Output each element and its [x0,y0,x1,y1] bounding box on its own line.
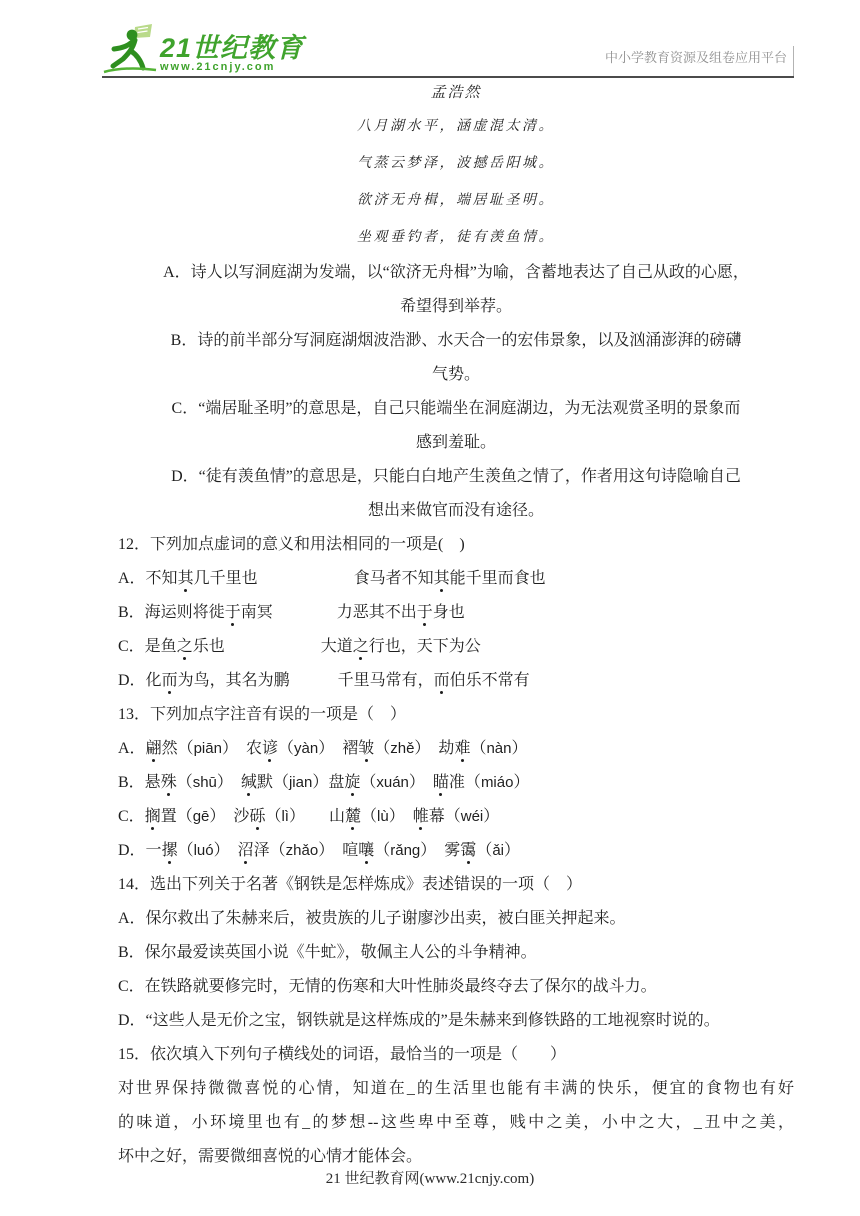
text-segment: 置（ [161,808,193,825]
text-segment: C．是鱼 [118,638,177,655]
q11-option-c-line1: C．“端居耻圣明”的意思是，自己只能端坐在洞庭湖边，为无法观赏圣明的景象而 [118,392,794,426]
text-segment: C． [118,808,145,825]
text-segment: （ [278,740,294,757]
text-segment: ） 农 [222,740,262,757]
text-segment: ） [389,808,413,825]
footer-credit: 21 世纪教育网(www.21cnjy.com) [0,1167,860,1188]
text-segment: 几千里也 [194,570,258,587]
q12-option-c: C．是鱼之乐也 大道之行也，天下为公 [118,630,794,664]
text-segment: （ [177,774,193,791]
emphasized-char: 皱 [358,740,374,757]
text-segment: 准（ [449,774,481,791]
pinyin-text: lì [281,808,289,825]
text-segment: ） 雾 [420,842,460,859]
emphasized-char: 其 [178,570,194,587]
text-segment: （ [178,842,194,859]
text-segment: （ [374,842,390,859]
q13-option-d: D．一摞（luó） 沼泽（zhǎo） 喧嚷（rǎng） 雾霭（ǎi） [118,834,794,868]
poem-line-4: 坐观垂钓者，徒有羡鱼情。 [118,219,794,256]
emphasized-char: 麓 [345,808,361,825]
emphasized-char: 难 [454,740,470,757]
text-segment: ）盘 [312,774,344,791]
text-segment: 伯乐不常有 [450,672,530,689]
text-segment: 能千里而食也 [450,570,546,587]
brand-name: 21世纪教育 [160,35,304,61]
emphasized-char: 旋 [344,774,360,791]
pinyin-text: zhě [390,740,414,757]
q15-stem: 15．依次填入下列句子横线处的词语，最恰当的一项是（ ） [118,1038,794,1072]
pinyin-text: jian [289,774,312,791]
emphasized-char: 沼 [238,842,254,859]
pinyin-text: lù [377,808,389,825]
text-segment: ） 喧 [318,842,358,859]
runner-icon [102,24,158,74]
emphasized-char: 殊 [161,774,177,791]
q12-option-b: B．海运则将徙于南冥 力恶其不出于身也 [118,596,794,630]
text-segment [290,672,338,689]
question-12: 12．下列加点虚词的意义和用法相同的一项是( ) A．不知其几千里也 食马者不知… [118,528,794,698]
emphasized-char: 谚 [262,740,278,757]
text-segment: ） 劫 [414,740,454,757]
text-segment: ） 山 [289,808,345,825]
emphasized-char: 霭 [460,842,476,859]
text-segment: （ [374,740,390,757]
emphasized-char: 之 [177,638,193,655]
emphasized-char: 而 [434,672,450,689]
emphasized-char: 于 [225,604,241,621]
emphasized-char: 翩 [146,740,162,757]
question-14: 14．选出下列关于名著《钢铁是怎样炼成》表述错误的一项（ ） A．保尔救出了朱赫… [118,868,794,1038]
emphasized-char: 砾 [249,808,265,825]
text-segment: （ [360,774,376,791]
q12-option-a: A．不知其几千里也 食马者不知其能千里而食也 [118,562,794,596]
text-segment: ） [512,740,528,757]
text-segment: 行也，天下为公 [369,638,481,655]
pinyin-text: xuán [376,774,409,791]
text-segment: 幕（ [429,808,461,825]
q15-passage-line1: 对世界保持微微喜悦的心情，知道在_的生活里也能有丰满的快乐，便宜的食物也有好 [118,1072,794,1106]
pinyin-text: yàn [294,740,318,757]
text-segment: 默（ [257,774,289,791]
text-segment: 为鸟，其名为鹏 [178,672,290,689]
question-11-options: A．诗人以写洞庭湖为发端，以“欲济无舟楫”为喻，含蓄地表达了自己从政的心愿， 希… [118,256,794,528]
page-header: 21世纪教育 www.21cnjy.com 中小学教育资源及组卷应用平台 [102,0,794,78]
text-segment: ） 沙 [209,808,249,825]
q11-option-b-line1: B．诗的前半部分写洞庭湖烟波浩渺、水天合一的宏伟景象，以及汹涌澎湃的磅礴 [118,324,794,358]
text-segment [273,604,337,621]
pinyin-text: miáo [481,774,514,791]
text-segment: 千里马常有， [338,672,434,689]
poem-author: 孟浩然 [118,78,794,108]
text-segment: （ [476,842,492,859]
poem-line-1: 八月湖水平，涵虚混太清。 [118,108,794,145]
emphasized-char: 而 [162,672,178,689]
q14-option-d: D．“这些人是无价之宝，钢铁就是这样炼成的”是朱赫来到修铁路的工地视察时说的。 [118,1004,794,1038]
q11-option-a-line1: A．诗人以写洞庭湖为发端，以“欲济无舟楫”为喻，含蓄地表达了自己从政的心愿， [118,256,794,290]
q14-option-b: B．保尔最爱读英国小说《牛虻》，敬佩主人公的斗争精神。 [118,936,794,970]
text-segment: A． [118,740,146,757]
text-segment: 然（ [162,740,194,757]
question-15: 15．依次填入下列句子横线处的词语，最恰当的一项是（ ） 对世界保持微微喜悦的心… [118,1038,794,1174]
question-13: 13．下列加点字注音有误的一项是（ ） A．翩然（piān） 农谚（yàn） 褶… [118,698,794,868]
text-segment: ） [409,774,433,791]
emphasized-char: 于 [417,604,433,621]
poem-line-3: 欲济无舟楫，端居耻圣明。 [118,182,794,219]
q11-option-b-line2: 气势。 [118,358,794,392]
pinyin-text: luó [194,842,214,859]
q11-option-c-line2: 感到羞耻。 [118,426,794,460]
text-segment: ） 褶 [318,740,358,757]
emphasized-char: 其 [434,570,450,587]
text-segment: 南冥 [241,604,273,621]
q11-option-d-line1: D．“徒有羡鱼情”的意思是，只能白白地产生羡鱼之情了，作者用这句诗隐喻自己 [118,460,794,494]
pinyin-text: piān [194,740,222,757]
emphasized-char: 嚷 [358,842,374,859]
q12-option-d: D．化而为鸟，其名为鹏 千里马常有，而伯乐不常有 [118,664,794,698]
text-segment: 泽（ [254,842,286,859]
emphasized-char: 搁 [145,808,161,825]
q15-passage-line2: 的味道，小环境里也有_的梦想--这些卑中至尊，贱中之美，小中之大，_丑中之美， [118,1106,794,1140]
emphasized-char: 缄 [241,774,257,791]
emphasized-char: 帷 [413,808,429,825]
exam-content: 孟浩然 八月湖水平，涵虚混太清。 气蒸云梦泽，波撼岳阳城。 欲济无舟楫，端居耻圣… [118,78,794,1174]
text-segment: ） [504,842,520,859]
q14-option-a: A．保尔救出了朱赫来后，被贵族的儿子谢廖沙出卖，被白匪关押起来。 [118,902,794,936]
brand-logo: 21世纪教育 www.21cnjy.com [102,24,304,76]
q13-option-b: B．悬殊（shū） 缄默（jian）盘旋（xuán） 瞄准（miáo） [118,766,794,800]
text-segment: B．悬 [118,774,161,791]
text-segment: 食马者不知 [354,570,434,587]
text-segment: A．不知 [118,570,178,587]
q11-option-d-line2: 想出来做官而没有途径。 [118,494,794,528]
q11-option-a-line2: 希望得到举荐。 [118,290,794,324]
pinyin-text: nàn [486,740,511,757]
q13-option-a: A．翩然（piān） 农谚（yàn） 褶皱（zhě） 劫难（nàn） [118,732,794,766]
text-segment: （ [470,740,486,757]
pinyin-text: rǎng [390,842,420,859]
text-segment: B．海运则将徙 [118,604,225,621]
pinyin-text: ǎi [492,842,504,859]
text-segment: 大道 [321,638,353,655]
text-segment: D．一 [118,842,162,859]
text-segment: （ [265,808,281,825]
text-segment: ） [513,774,529,791]
emphasized-char: 瞄 [433,774,449,791]
pinyin-text: wéi [461,808,484,825]
text-segment [225,638,321,655]
q13-stem: 13．下列加点字注音有误的一项是（ ） [118,698,794,732]
text-segment: （ [361,808,377,825]
emphasized-char: 摞 [162,842,178,859]
text-segment: ） [483,808,499,825]
text-segment: 乐也 [193,638,225,655]
poem-line-2: 气蒸云梦泽，波撼岳阳城。 [118,145,794,182]
text-segment [258,570,354,587]
emphasized-char: 之 [353,638,369,655]
exam-page: 21世纪教育 www.21cnjy.com 中小学教育资源及组卷应用平台 孟浩然… [0,0,860,1216]
text-segment: 力恶其不出 [337,604,417,621]
pinyin-text: shū [193,774,217,791]
q12-stem: 12．下列加点虚词的意义和用法相同的一项是( ) [118,528,794,562]
text-segment: D．化 [118,672,162,689]
pinyin-text: gē [193,808,210,825]
pinyin-text: zhǎo [286,842,319,859]
brand-text-block: 21世纪教育 www.21cnjy.com [160,35,304,74]
q13-option-c: C．搁置（gē） 沙砾（lì） 山麓（lù） 帷幕（wéi） [118,800,794,834]
text-segment: ） [217,774,241,791]
text-segment: 身也 [433,604,465,621]
q14-stem: 14．选出下列关于名著《钢铁是怎样炼成》表述错误的一项（ ） [118,868,794,902]
platform-label: 中小学教育资源及组卷应用平台 [595,46,794,76]
text-segment: ） [214,842,238,859]
q14-option-c: C．在铁路就要修完时，无情的伤寒和大叶性肺炎最终夺去了保尔的战斗力。 [118,970,794,1004]
